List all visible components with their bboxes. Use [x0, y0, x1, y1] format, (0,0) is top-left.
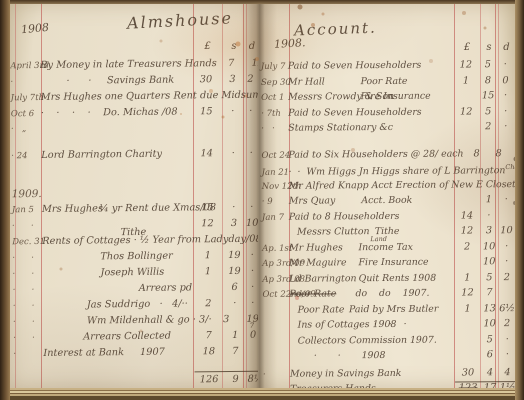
amount-pence: · — [497, 121, 514, 132]
amount-pounds: 14 — [454, 210, 480, 221]
row-date: · · — [10, 317, 43, 327]
amount-pounds: 7 — [194, 330, 223, 341]
row-subtext: Fire Insurance — [361, 91, 431, 102]
ledger-row: · 7thPaid to Seven Householders125· — [258, 106, 514, 123]
row-desc: · · 1908 — [290, 350, 455, 362]
row-text: Mr Hall — [288, 76, 325, 87]
row-desc: Paid to Seven Householders — [288, 60, 453, 72]
row-desc: Rents of Cottages · ½ Year from Ladyday/… — [42, 234, 258, 247]
row-subtext: Paid by Mrs Butler — [349, 303, 438, 315]
ledger-rows-right: July 7Paid to Seven Householders125·Sep … — [258, 59, 515, 389]
row-desc: Mrs Hughes one Quarters Rent due Midsumm… — [41, 89, 258, 103]
amount-pence: · — [245, 106, 257, 117]
row-date: Oct 24 — [258, 150, 289, 160]
amount-pounds: 1 — [454, 272, 480, 283]
row-desc: Tithe — [42, 226, 193, 228]
row-text: Wm Mildenhall & go · 3/· — [87, 314, 212, 326]
column-headers-left: £ s d — [9, 41, 258, 52]
row-desc: · · · · Do. Michas /08 — [41, 106, 192, 119]
amount-pence: 0 — [497, 75, 514, 86]
row-desc: Wm Mildenhall & go · 3/· — [43, 314, 212, 327]
amount-shillings: 10 — [481, 318, 499, 329]
amount-pence: 8½ — [248, 374, 258, 385]
year-label-left: 1908 — [20, 21, 49, 36]
page-left: 1908 Almshouse £ s d April 3rdBy Money i… — [9, 3, 258, 389]
row-subtext: · · · · — [359, 319, 407, 330]
book-edge-bottom — [0, 388, 524, 400]
amount-pounds: 12 — [454, 287, 480, 298]
row-date: · · — [9, 221, 42, 231]
amount-pence: · — [497, 59, 514, 70]
row-desc: Poor Ratedo do 1907. — [289, 288, 454, 300]
ledger-book: 1908 Almshouse £ s d April 3rdBy Money i… — [0, 0, 524, 400]
book-edge-left — [0, 0, 10, 400]
header-spacer — [9, 41, 193, 52]
ledger-row: Jan 7Paid to 8 Householders14· — [258, 210, 515, 227]
row-subtext: ¼ yr Rent due Xmas/08 — [99, 202, 216, 214]
amount-shillings: 3 — [222, 218, 246, 229]
year-label: 1909. — [9, 188, 42, 200]
page-right: Account. 1908. £ s d July 7Paid to Seven… — [258, 3, 515, 389]
amount-pence: · — [499, 334, 515, 345]
header-spacer — [258, 42, 454, 53]
row-date: Ap 3rd/09 — [258, 259, 289, 269]
row-desc: Lord Barrington Charity — [41, 148, 192, 161]
row-subtext: Poor Rate — [361, 75, 408, 86]
amount-pence: · — [508, 148, 515, 159]
row-date: Oct 22nd/09 — [258, 290, 289, 300]
row-desc: Collectors Commission 1907. — [290, 334, 455, 346]
amount-shillings: 6 — [481, 349, 499, 360]
amount-pounds: 12 — [453, 59, 479, 70]
ledger-row: Ap 3rd 08Ld BarringtonQuit Rents 1908152 — [258, 272, 515, 289]
row-date: Oct 1 — [258, 93, 288, 103]
amount-pence: · — [247, 298, 258, 309]
ledger-row: · · 19086· — [259, 349, 515, 366]
amount-shillings: 5 — [479, 59, 497, 70]
ledger-row: Collectors Commission 1907.5· — [259, 334, 515, 351]
amount-pounds: 12 — [454, 225, 480, 236]
row-text: Paid to 8 Householders — [289, 210, 400, 222]
row-desc: Joseph Willis — [42, 266, 193, 279]
page-title-left: Almshouse — [127, 8, 234, 33]
amount-shillings: 5 — [481, 334, 499, 345]
amount-shillings: · — [223, 298, 247, 309]
row-desc: Mr MaguireFire Insurance — [289, 257, 454, 269]
row-date: · — [10, 349, 43, 359]
amount-pence: · — [246, 250, 258, 261]
ledger-row: ·Interest at Bank1907187 — [10, 346, 258, 365]
amount-pence: · — [246, 202, 258, 213]
row-date: · · — [258, 124, 288, 134]
amount-pence: · — [498, 241, 515, 252]
row-desc — [44, 382, 195, 384]
row-date: · · — [10, 301, 43, 311]
row-subtext: Quit Rents 1908 — [359, 272, 437, 284]
amount-correction: 7 — [250, 322, 255, 330]
row-desc: Ld BarringtonQuit Rents 1908 — [289, 272, 454, 284]
amount-shillings: 10 — [480, 256, 498, 267]
amount-pounds: 1 — [193, 250, 222, 261]
row-text: · · Savings Bank — [66, 75, 174, 87]
row-desc: Jas Suddrigo · 4/·· — [43, 298, 194, 311]
row-text: Rents of Cottages · ½ Year from Ladyday/… — [42, 234, 258, 247]
row-text: Poor Rate — [298, 304, 345, 315]
row-desc: · · Wm Higgs Jn Higgs share of L Barring… — [289, 163, 515, 178]
amount-shillings: 197 — [241, 314, 258, 325]
row-text: Messrs Clutton — [297, 226, 370, 238]
row-date: · „ — [9, 124, 41, 134]
row-text: Poor Rate — [289, 288, 336, 299]
amount-shillings: 1 — [223, 330, 247, 341]
column-headers-right: £ s d — [258, 42, 515, 53]
amount-shillings: 7 — [223, 346, 247, 357]
amount-shillings: · — [221, 148, 245, 159]
amount-shillings: 8 — [490, 148, 508, 159]
ledger-row: July 7Paid to Seven Householders125· — [258, 59, 514, 76]
amount-shillings: 12 — [246, 58, 258, 69]
book-edge-right — [515, 0, 524, 400]
row-subtext: do do 1907. — [355, 288, 429, 300]
ledger-row: Jan 21· · Wm Higgs Jn Higgs share of L B… — [258, 163, 515, 180]
row-text: Thos Bollinger — [100, 251, 173, 263]
ledger-row: Ap 3rd/09Mr MaguireFire Insurance10· — [258, 256, 515, 273]
amount-shillings: 10 — [480, 241, 498, 252]
row-date: July 7 — [258, 62, 288, 72]
amount-shillings: 4 — [481, 367, 499, 378]
row-text: Mr Maguire — [289, 257, 346, 268]
row-subtext-superscript: Land — [370, 234, 387, 242]
row-date: Ap. 1st — [258, 243, 289, 253]
ledger-row: Nov 12thMr Alfred Knapp Acct Erection of… — [258, 179, 515, 196]
row-date: Ap 3rd 08 — [258, 274, 289, 284]
amount-shillings: 2 — [479, 121, 497, 132]
row-text: Ld Barrington — [289, 273, 356, 284]
amount-shillings: · — [480, 210, 498, 221]
row-desc: By Money in late Treasurers Hands — [40, 58, 217, 71]
amount-shillings: · — [222, 202, 246, 213]
row-text: Mrs Quay — [289, 195, 336, 206]
row-desc: Arrears pd — [43, 282, 194, 295]
ledger-row: Oct 22nd/09Poor Ratedo do 1907.127 — [258, 287, 515, 304]
row-subtext: LandIncome Tax — [358, 241, 413, 252]
ledger-row: ·Money in Savings Bank3044 — [259, 367, 515, 384]
row-desc: Paid to Six Householders @ 28/ each — [288, 148, 463, 160]
amount-pounds: 2 — [194, 298, 223, 309]
ledger-row: · 24Lord Barrington Charity14·· — [9, 148, 257, 167]
row-date: Jan 21 — [258, 168, 289, 178]
row-desc — [41, 129, 192, 131]
row-text-struck: Poor Rate — [289, 288, 336, 299]
row-text: Mr Hughes — [289, 242, 343, 253]
row-date: · · — [9, 253, 42, 263]
amount-pounds: 12 — [193, 218, 222, 229]
row-text: Jas Suddrigo · 4/·· — [87, 298, 188, 310]
ledger-row: Poor RatePaid by Mrs Butler1136½ — [259, 303, 515, 320]
row-desc: Mrs QuayAcct. Book — [289, 195, 454, 207]
row-text: Paid to Six Householders @ 28/ each — [288, 148, 463, 160]
amount-pence: 6½ — [499, 303, 515, 314]
row-desc: Mrs Hughes¼ yr Rent due Xmas/08 — [42, 202, 193, 215]
amount-pence: · — [245, 148, 257, 159]
row-desc: Arrears Collected — [43, 330, 194, 343]
amount-shillings: · — [221, 106, 245, 117]
amount-shillings: 3 — [220, 74, 244, 85]
amount-pounds: 7 — [217, 58, 246, 69]
amount-shillings: 1 — [480, 194, 498, 205]
amount-shillings: 3 — [480, 225, 498, 236]
row-text: Arrears Collected — [83, 331, 171, 343]
amount-pence: · — [497, 90, 514, 101]
amount-pence: 10 — [498, 225, 515, 236]
col-header-pence: d — [246, 41, 258, 52]
row-date: Dec. 31 — [9, 237, 42, 247]
ledger-rows-left: April 3rdBy Money in late Treasurers Han… — [9, 58, 258, 389]
page-title-right: Account. — [294, 19, 377, 40]
row-text-superscript: Charity — [505, 163, 515, 171]
row-desc: Mr Alfred Knapp Acct Erection of New E C… — [289, 179, 515, 192]
row-date: · · — [10, 285, 43, 295]
amount-pounds: 14 — [192, 148, 221, 159]
amount-pence: · — [246, 266, 258, 277]
row-desc: Stamps Stationary &c — [288, 122, 453, 134]
amount-shillings: 5 — [479, 106, 497, 117]
row-desc: Ins of Cottages 1908· · · · — [290, 319, 455, 331]
row-text: Joseph Willis — [100, 267, 164, 279]
amount-pence: · — [247, 282, 258, 293]
ledger-row: · ·Stamps Stationary &c2· — [258, 121, 514, 138]
col-header-pence: d — [498, 42, 515, 53]
row-text: Paid to Seven Householders — [288, 106, 421, 118]
row-desc: Poor RatePaid by Mrs Butler — [290, 303, 455, 315]
row-date: · — [259, 369, 290, 379]
amount-pence: · — [499, 349, 515, 360]
amount-pence: · — [498, 194, 515, 205]
row-desc: Mr HallPoor Rate — [288, 75, 453, 87]
row-text: Collectors Commission 1907. — [298, 334, 437, 346]
row-text: Mrs Hughes one Quarters Rent due Midsumm… — [41, 89, 258, 103]
row-text: Lord Barrington Charity — [41, 149, 162, 161]
row-text: · · Wm Higgs Jn Higgs share of L Barring… — [289, 165, 515, 178]
row-date: Nov 12th — [258, 181, 289, 191]
row-text: By Money in late Treasurers Hands — [40, 58, 217, 71]
amount-shillings: 15 — [479, 90, 497, 101]
ledger-row: Oct 24Paid to Six Householders @ 28/ eac… — [258, 148, 515, 165]
row-date: · · — [9, 269, 42, 279]
amount-pence: 10 — [246, 218, 258, 229]
row-subtext: Fire Insurance — [358, 257, 428, 268]
row-desc: Mr HughesLandIncome Tax — [289, 241, 454, 253]
row-desc: Paid to 8 Householders — [289, 210, 454, 222]
row-subtext: 1907 — [140, 347, 165, 358]
ledger-row: 12698½ — [11, 374, 258, 389]
col-header-pounds: £ — [454, 42, 480, 53]
amount-pounds: 15 — [192, 106, 221, 117]
amount-shillings: 6 — [223, 282, 247, 293]
row-date: · 9 — [258, 197, 289, 207]
row-text: Mr Alfred Knapp Acct Erection of New E C… — [289, 179, 515, 192]
row-text: · · · · Do. Michas /08 — [41, 107, 178, 119]
amount-pounds: 30 — [455, 367, 481, 378]
row-desc: Thos Bollinger — [42, 250, 193, 263]
amount-pounds: 12 — [453, 106, 479, 117]
amount-shillings: 13 — [481, 303, 499, 314]
row-date: · 24 — [9, 151, 41, 161]
amount-pence: · — [498, 256, 515, 267]
ledger-row: · „ — [9, 122, 257, 135]
amount-pence: · — [497, 106, 514, 117]
row-date: April 3rd — [9, 61, 40, 71]
row-text: Mrs Hughes — [42, 203, 103, 215]
amount-pence: 4 — [499, 367, 515, 378]
ledger-row: Ins of Cottages 1908· · · ·102 — [259, 318, 515, 335]
row-text: Interest at Bank — [43, 347, 124, 359]
row-desc: Interest at Bank1907 — [43, 346, 194, 359]
amount-shillings: 5 — [480, 272, 498, 283]
amount-pounds: 2 — [454, 241, 480, 252]
amount-pounds: 1 — [193, 266, 222, 277]
amount-pounds: 18 — [194, 346, 223, 357]
ledger-row: Ap. 1stMr HughesLandIncome Tax210· — [258, 241, 515, 258]
ledger-row: · 9Mrs QuayAcct. Book1· — [258, 194, 515, 211]
row-text: Paid to Seven Householders — [288, 60, 421, 72]
amount-shillings: 8 — [479, 75, 497, 86]
amount-shillings: 19 — [222, 266, 246, 277]
row-desc: Money in Savings Bank — [290, 367, 455, 379]
row-subtext: Acct. Book — [361, 195, 412, 206]
amount-pence: 2 — [244, 74, 256, 85]
amount-shillings: 9 — [224, 374, 248, 385]
amount-shillings: 7 — [480, 287, 498, 298]
col-header-pounds: £ — [193, 41, 222, 52]
row-desc: · · Savings Bank — [40, 74, 191, 87]
amount-pounds: 126 — [195, 374, 224, 385]
row-date: Sep 30 — [258, 77, 288, 87]
amount-pounds: 8 — [464, 148, 490, 159]
amount-pence: 0 — [247, 330, 258, 341]
amount-shillings: 19 — [222, 250, 246, 261]
row-text: Money in Savings Bank — [290, 367, 402, 379]
amount-pounds: 1 — [453, 75, 479, 86]
amount-pence: 2 — [498, 272, 515, 283]
row-text: · · 1908 — [314, 350, 386, 361]
row-date: Jan 5 — [9, 205, 42, 215]
row-date: · 7th — [258, 108, 288, 118]
amount-pounds: 3 — [212, 314, 241, 325]
row-desc: Paid to Seven Householders — [288, 106, 453, 118]
row-date: · — [9, 77, 41, 87]
ledger-row: Sep 30Mr HallPoor Rate180 — [258, 75, 514, 92]
col-header-shillings: s — [480, 42, 498, 53]
ledger-row: Oct 1Messrs Crowdy & SonFire Insurance15… — [258, 90, 514, 107]
row-date: July 7th — [9, 93, 41, 103]
row-date: Oct 6 — [9, 109, 41, 119]
col-header-shillings: s — [222, 41, 246, 52]
row-date: Jan 7 — [258, 212, 289, 222]
amount-pounds: 1 — [455, 303, 481, 314]
row-date: · · — [10, 333, 43, 343]
row-desc: Messrs Crowdy & SonFire Insurance — [288, 91, 453, 103]
amount-pounds: 30 — [191, 74, 220, 85]
amount-pence: 2 — [499, 318, 515, 329]
row-text: Arrears pd — [139, 282, 193, 294]
row-text: Stamps Stationary &c — [288, 122, 393, 134]
book-edge-top — [4, 0, 520, 4]
